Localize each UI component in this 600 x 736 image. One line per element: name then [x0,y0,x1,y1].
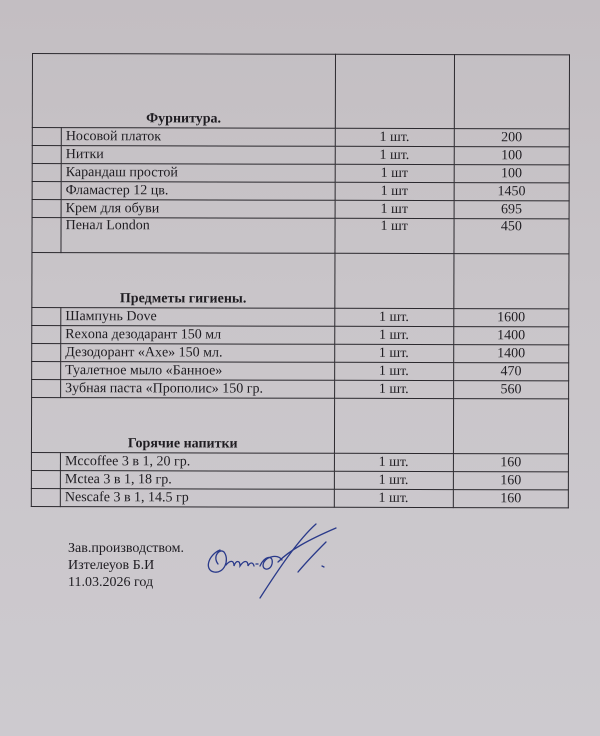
item-price: 450 [454,219,569,254]
item-price: 1600 [454,309,569,327]
item-quantity: 1 шт. [334,308,453,326]
item-quantity: 1 шт [335,182,454,200]
item-price: 470 [453,363,568,381]
empty-cell [454,55,569,129]
empty-cell [335,54,454,128]
item-name: Фламастер 12 цв. [61,182,335,201]
table-row: Туалетное мыло «Банное»1 шт.470 [32,362,569,381]
row-index-cell [32,182,61,200]
item-quantity: 1 шт. [334,471,453,489]
item-quantity: 1 шт. [334,326,453,344]
item-name: Зубная паста «Прополис» 150 гр. [61,380,335,399]
table-row: Mccoffee 3 в 1, 20 гр.1 шт.160 [31,452,568,471]
item-quantity: 1 шт. [335,128,454,146]
row-index-cell [32,146,61,164]
section-header-row: Фурнитура. [32,54,569,129]
row-index-cell [32,308,61,326]
price-table: Фурнитура.Носовой платок1 шт.200Нитки1 ш… [31,53,570,508]
signer-name: Изтелеуов Б.И [68,557,184,574]
item-quantity: 1 шт. [335,146,454,164]
signature-block: Зав.производством. Изтелеуов Б.И 11.03.2… [68,540,184,591]
item-name: Mctea 3 в 1, 18 гр. [60,471,334,490]
item-quantity: 1 шт. [334,344,453,362]
item-price: 1400 [454,327,569,345]
item-name: Nescafe 3 в 1, 14.5 гр [60,489,334,508]
row-index-cell [31,470,60,488]
item-price: 1400 [453,345,568,363]
row-index-cell [32,380,61,398]
table-row: Фламастер 12 цв.1 шт1450 [32,182,569,201]
item-name: Rexona дезодарант 150 мл [61,326,335,345]
item-name: Пенал London [61,218,335,254]
section-title: Предметы гигиены. [32,253,335,309]
item-name: Mccoffee 3 в 1, 20 гр. [60,453,334,472]
item-name: Носовой платок [61,128,335,147]
item-price: 160 [453,490,568,508]
table-row: Карандаш простой1 шт100 [32,164,569,183]
document-page: Фурнитура.Носовой платок1 шт.200Нитки1 ш… [0,0,600,736]
item-quantity: 1 шт. [334,489,453,507]
item-price: 100 [454,147,569,165]
item-quantity: 1 шт [335,200,454,218]
signed-date: 11.03.2026 год [68,574,184,591]
item-name: Нитки [61,146,335,165]
item-quantity: 1 шт. [334,362,453,380]
table-row: Шампунь Dove1 шт.1600 [32,308,569,327]
row-index-cell [32,344,61,362]
row-index-cell [32,326,61,344]
item-name: Шампунь Dove [61,308,335,327]
table-row: Крем для обуви1 шт695 [32,200,569,219]
table-row: Mctea 3 в 1, 18 гр.1 шт.160 [31,470,568,489]
row-index-cell [31,452,60,470]
row-index-cell [32,164,61,182]
handwritten-signature-icon [198,520,348,600]
item-price: 1450 [454,183,569,201]
table-row: Пенал London1 шт450 [32,218,569,254]
section-header-row: Предметы гигиены. [32,253,569,309]
item-name: Крем для обуви [61,200,335,219]
item-quantity: 1 шт [335,164,454,182]
section-header-row: Горячие напитки [31,398,568,454]
row-index-cell [32,200,61,218]
empty-cell [454,254,569,309]
table-row: Дезодорант «Axe» 150 мл.1 шт.1400 [32,344,569,363]
item-quantity: 1 шт. [334,453,453,471]
row-index-cell [31,488,60,506]
item-name: Дезодорант «Axe» 150 мл. [61,344,335,363]
item-name: Туалетное мыло «Банное» [61,362,335,381]
table-row: Нитки1 шт.100 [32,146,569,165]
item-price: 200 [454,129,569,147]
section-title: Горячие напитки [31,398,334,454]
item-price: 100 [454,165,569,183]
row-index-cell [32,362,61,380]
table-row: Зубная паста «Прополис» 150 гр.1 шт.560 [32,380,569,399]
empty-cell [334,253,453,308]
item-price: 560 [453,381,568,399]
item-price: 160 [453,472,568,490]
item-quantity: 1 шт. [334,380,453,398]
section-title: Фурнитура. [32,54,335,129]
item-name: Карандаш простой [61,164,335,183]
item-price: 695 [454,201,569,219]
item-price: 160 [453,454,568,472]
table-row: Nescafe 3 в 1, 14.5 гр1 шт.160 [31,488,568,507]
table-row: Rexona дезодарант 150 мл1 шт.1400 [32,326,569,345]
signer-position: Зав.производством. [68,540,184,557]
empty-cell [334,398,453,453]
empty-cell [453,399,568,454]
item-quantity: 1 шт [335,218,454,253]
table-row: Носовой платок1 шт.200 [32,128,569,147]
row-index-cell [32,128,61,146]
row-index-cell [32,218,61,253]
